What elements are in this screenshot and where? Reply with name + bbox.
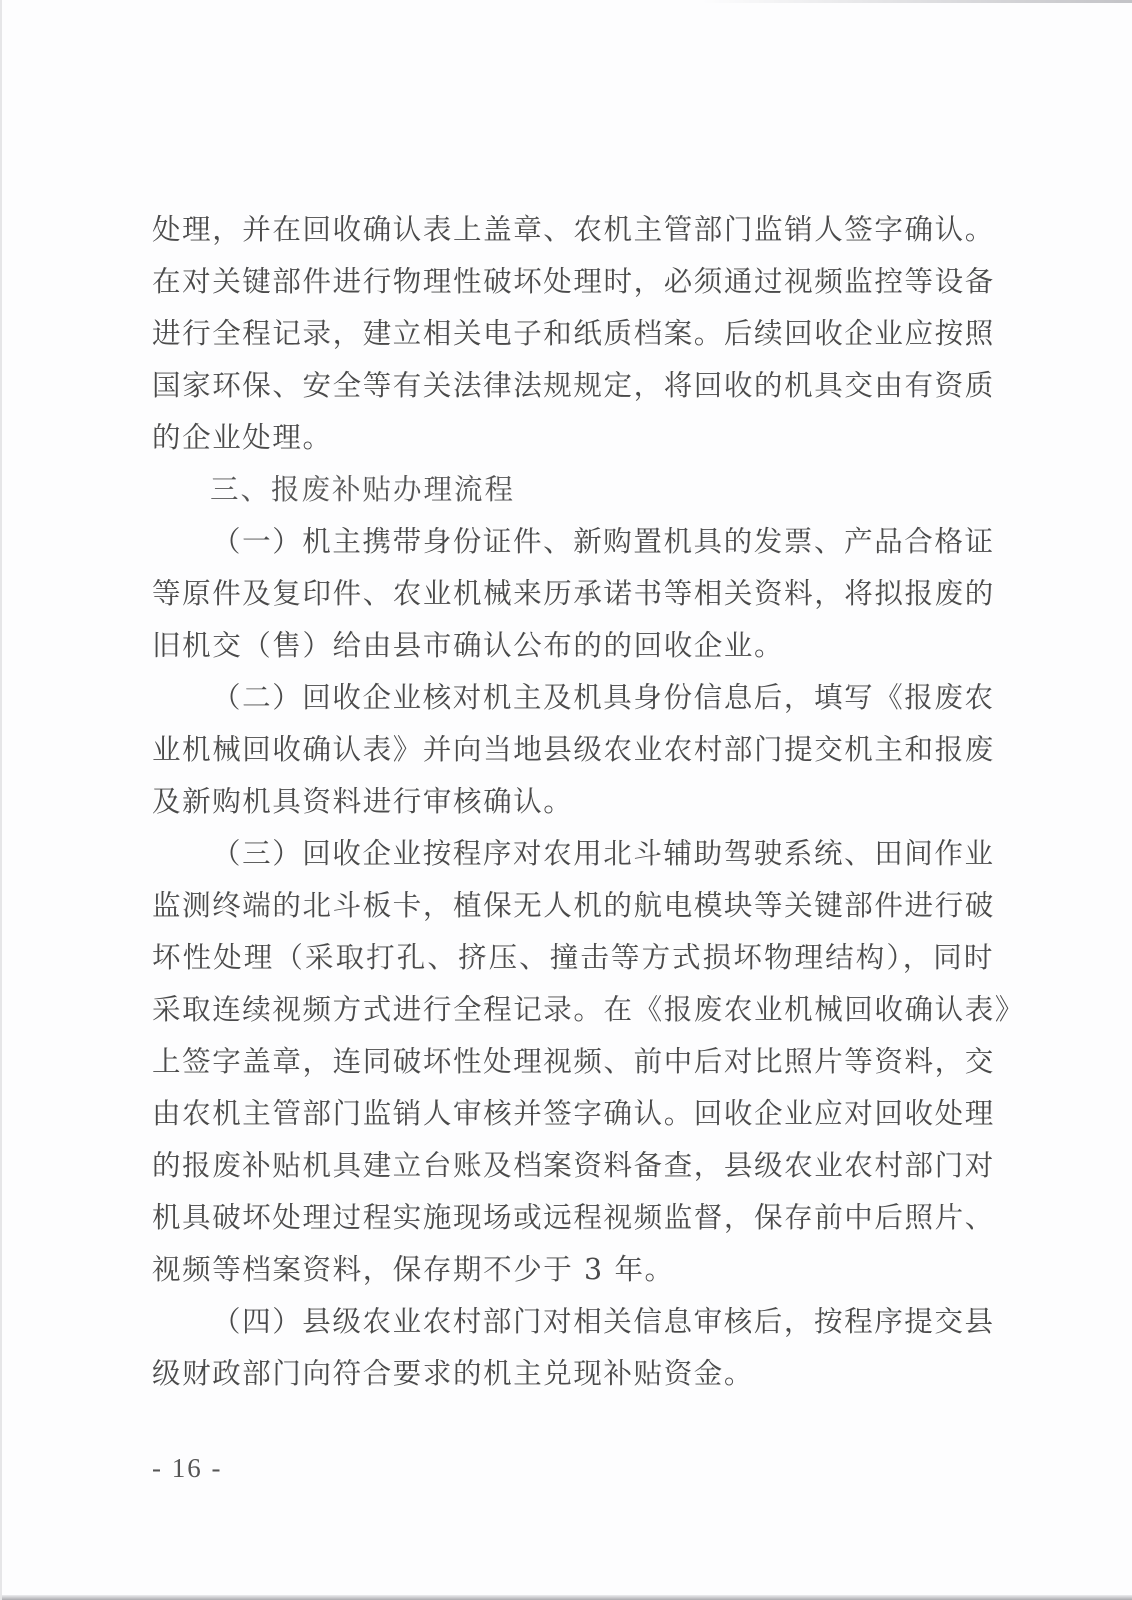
- text-line: （四）县级农业农村部门对相关信息审核后，按程序提交县: [152, 1296, 994, 1348]
- document-body: 处理，并在回收确认表上盖章、农机主管部门监销人签字确认。 在对关键部件进行物理性…: [152, 204, 994, 1400]
- text-line: 等原件及复印件、农业机械来历承诺书等相关资料，将拟报废的: [152, 568, 994, 620]
- paragraph-item-1: （一）机主携带身份证件、新购置机具的发票、产品合格证 等原件及复印件、农业机械来…: [152, 516, 994, 672]
- text-line: （三）回收企业按程序对农用北斗辅助驾驶系统、田间作业: [152, 828, 994, 880]
- document-page: 处理，并在回收确认表上盖章、农机主管部门监销人签字确认。 在对关键部件进行物理性…: [0, 0, 1132, 1600]
- paragraph-item-3: （三）回收企业按程序对农用北斗辅助驾驶系统、田间作业 监测终端的北斗板卡，植保无…: [152, 828, 994, 1296]
- text-line: 级财政部门向符合要求的机主兑现补贴资金。: [152, 1348, 994, 1400]
- text-line: 在对关键部件进行物理性破坏处理时，必须通过视频监控等设备: [152, 256, 994, 308]
- scan-edge-shadow-bottom: [2, 1595, 1132, 1600]
- text-line: （一）机主携带身份证件、新购置机具的发票、产品合格证: [152, 516, 994, 568]
- paragraph-item-4: （四）县级农业农村部门对相关信息审核后，按程序提交县 级财政部门向符合要求的机主…: [152, 1296, 994, 1400]
- page-number: - 16 -: [152, 1453, 222, 1484]
- text-line: 由农机主管部门监销人审核并签字确认。回收企业应对回收处理: [152, 1088, 994, 1140]
- text-line: 进行全程记录，建立相关电子和纸质档案。后续回收企业应按照: [152, 308, 994, 360]
- text-line: 机具破坏处理过程实施现场或远程视频监督，保存前中后照片、: [152, 1192, 994, 1244]
- text-line: 监测终端的北斗板卡，植保无人机的航电模块等关键部件进行破: [152, 880, 994, 932]
- text-line: 的报废补贴机具建立台账及档案资料备查，县级农业农村部门对: [152, 1140, 994, 1192]
- text-line: 业机械回收确认表》并向当地县级农业农村部门提交机主和报废: [152, 724, 994, 776]
- section-heading: 三、报废补贴办理流程: [152, 464, 994, 516]
- text-line: 上签字盖章，连同破坏性处理视频、前中后对比照片等资料，交: [152, 1036, 994, 1088]
- text-line: 视频等档案资料，保存期不少于 3 年。: [152, 1244, 994, 1296]
- text-line: 处理，并在回收确认表上盖章、农机主管部门监销人签字确认。: [152, 204, 994, 256]
- text-line: （二）回收企业核对机主及机具身份信息后，填写《报废农: [152, 672, 994, 724]
- section-title: 三、报废补贴办理流程: [152, 464, 994, 516]
- text-line: 旧机交（售）给由县市确认公布的的回收企业。: [152, 620, 994, 672]
- scan-edge-shadow-top: [702, 0, 1132, 3]
- text-line: 及新购机具资料进行审核确认。: [152, 776, 994, 828]
- text-line: 的企业处理。: [152, 412, 994, 464]
- paragraph-item-2: （二）回收企业核对机主及机具身份信息后，填写《报废农 业机械回收确认表》并向当地…: [152, 672, 994, 828]
- text-line: 国家环保、安全等有关法律法规规定，将回收的机具交由有资质: [152, 360, 994, 412]
- text-line: 坏性处理（采取打孔、挤压、撞击等方式损坏物理结构），同时: [152, 932, 994, 984]
- paragraph-continued: 处理，并在回收确认表上盖章、农机主管部门监销人签字确认。 在对关键部件进行物理性…: [152, 204, 994, 464]
- text-line: 采取连续视频方式进行全程记录。在《报废农业机械回收确认表》: [152, 984, 994, 1036]
